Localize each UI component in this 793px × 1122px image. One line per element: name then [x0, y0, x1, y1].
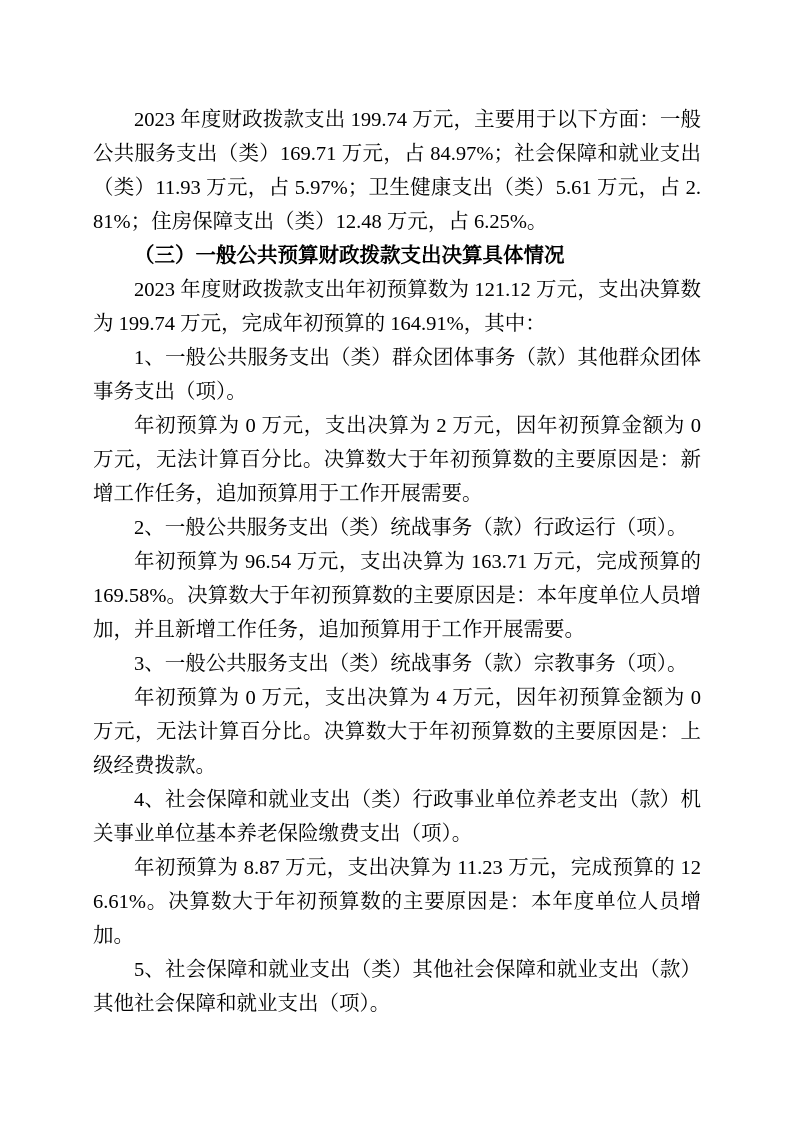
- paragraph-item-2-detail: 年初预算为 96.54 万元，支出决算为 163.71 万元，完成预算的 169…: [93, 545, 701, 647]
- document-content: 2023 年度财政拨款支出 199.74 万元，主要用于以下方面：一般公共服务支…: [93, 103, 701, 1021]
- paragraph-item-5-title: 5、社会保障和就业支出（类）其他社会保障和就业支出（款）其他社会保障和就业支出（…: [93, 953, 701, 1021]
- paragraph-fiscal-expenditure-overview: 2023 年度财政拨款支出 199.74 万元，主要用于以下方面：一般公共服务支…: [93, 103, 701, 239]
- section-heading-general-public-budget-details: （三）一般公共预算财政拨款支出决算具体情况: [93, 239, 701, 273]
- paragraph-item-3-title: 3、一般公共服务支出（类）统战事务（款）宗教事务（项）。: [93, 647, 701, 681]
- paragraph-item-2-title: 2、一般公共服务支出（类）统战事务（款）行政运行（项）。: [93, 511, 701, 545]
- paragraph-item-1-detail: 年初预算为 0 万元，支出决算为 2 万元，因年初预算金额为 0 万元，无法计算…: [93, 409, 701, 511]
- document-page: 2023 年度财政拨款支出 199.74 万元，主要用于以下方面：一般公共服务支…: [0, 0, 793, 1122]
- paragraph-item-4-detail: 年初预算为 8.87 万元，支出决算为 11.23 万元，完成预算的 126.6…: [93, 851, 701, 953]
- paragraph-item-4-title: 4、社会保障和就业支出（类）行政事业单位养老支出（款）机关事业单位基本养老保险缴…: [93, 783, 701, 851]
- paragraph-budget-vs-final-summary: 2023 年度财政拨款支出年初预算数为 121.12 万元，支出决算数为 199…: [93, 273, 701, 341]
- paragraph-item-1-title: 1、一般公共服务支出（类）群众团体事务（款）其他群众团体事务支出（项）。: [93, 341, 701, 409]
- paragraph-item-3-detail: 年初预算为 0 万元，支出决算为 4 万元，因年初预算金额为 0 万元，无法计算…: [93, 681, 701, 783]
